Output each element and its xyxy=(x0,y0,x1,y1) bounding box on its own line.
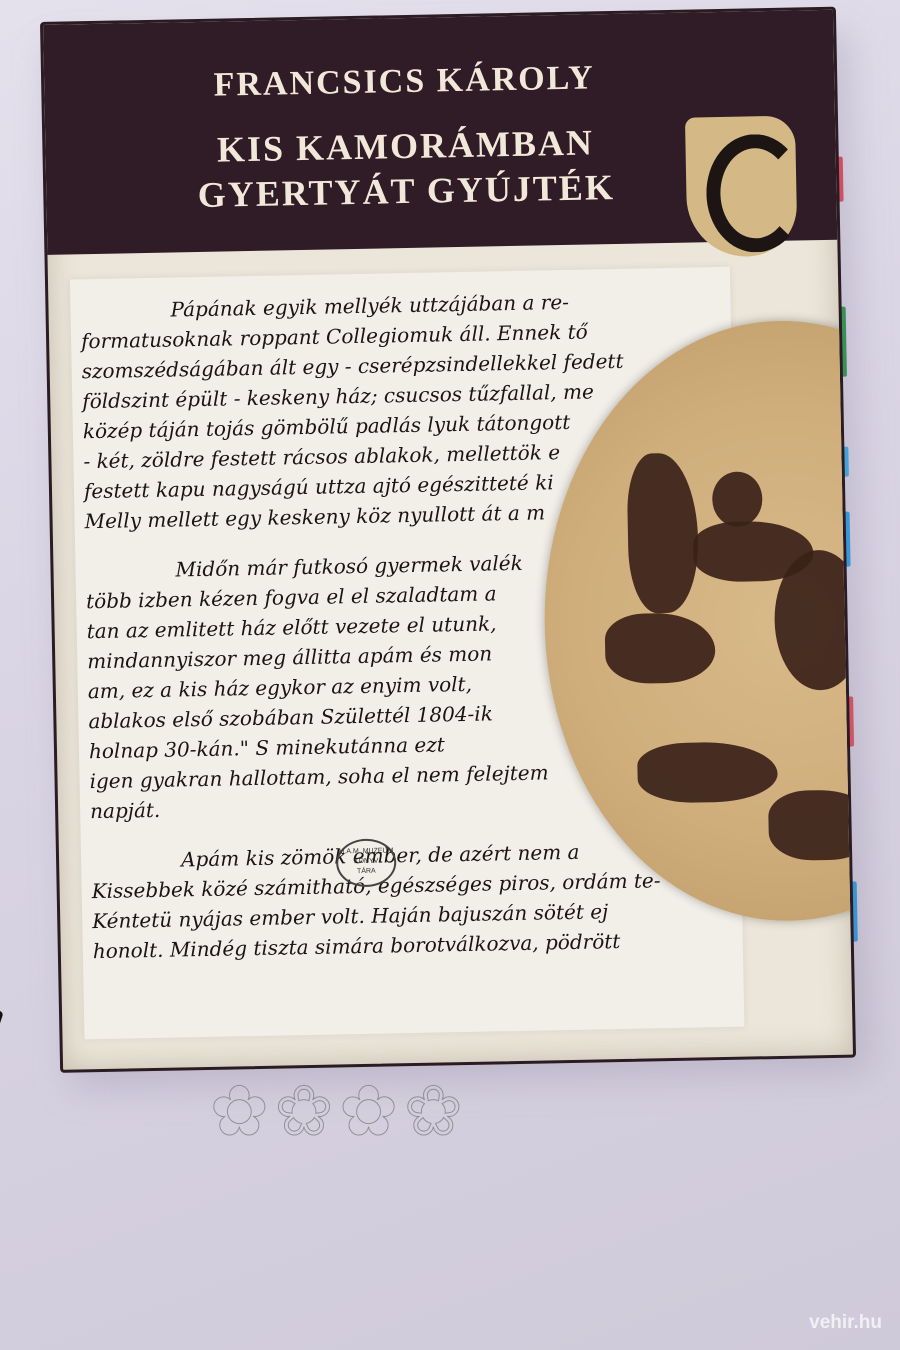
ink-pattern xyxy=(604,612,715,684)
stamp-line: TÁRA xyxy=(338,866,394,877)
ink-pattern xyxy=(637,741,778,804)
watermark: vehir.hu xyxy=(809,1312,882,1334)
manuscript-line: honolt. Mindég tiszta simára borotválkoz… xyxy=(83,926,773,963)
ink-pattern xyxy=(626,452,699,613)
publisher-logo xyxy=(685,116,798,258)
stamp-line: M.A.M. MUZEUM xyxy=(338,846,394,857)
background-drawing: ✿❀✿❀ xyxy=(210,1070,570,1180)
book: FRANCSICS KÁROLY KIS KAMORÁMBAN GYERTYÁT… xyxy=(40,7,850,1072)
author-name: FRANCSICS KÁROLY xyxy=(44,56,765,108)
ink-pattern xyxy=(712,471,763,527)
book-cover: FRANCSICS KÁROLY KIS KAMORÁMBAN GYERTYÁT… xyxy=(40,7,856,1073)
ink-pattern xyxy=(773,549,856,691)
ink-pattern xyxy=(768,789,856,861)
bookmark-ribbon xyxy=(0,1008,4,1231)
